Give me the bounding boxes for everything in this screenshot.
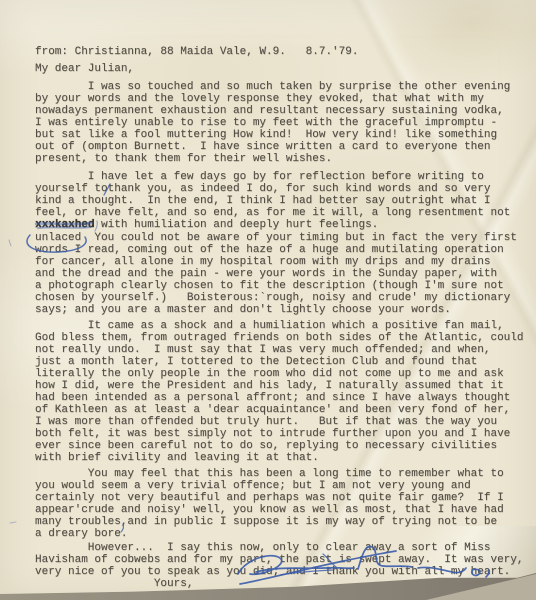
letter-paper: from: Christianna, 88 Maida Vale, W.9. 8…	[0, 0, 536, 600]
paragraph-2: I have let a few days go by for reflecti…	[35, 171, 536, 231]
from-address-line: from: Christianna, 88 Maida Vale, W.9. 8…	[35, 46, 536, 58]
closing-yours: Yours,	[35, 578, 536, 590]
pen-margin-mark	[9, 240, 11, 246]
typed-correction-word: unlaced	[35, 232, 81, 244]
paragraph-1: I was so touched and so much taken by su…	[35, 81, 536, 165]
pen-margin-dash	[10, 522, 16, 523]
paragraph-5: You may feel that this has been a long t…	[35, 468, 536, 540]
typed-over-struck-word: xxxkaxhed	[35, 219, 94, 231]
paragraph-3-text: You could not be aware of your timing bu…	[35, 232, 517, 316]
paragraph-3: unlaced You could not be aware of your t…	[35, 232, 536, 316]
scanned-letter-page: from: Christianna, 88 Maida Vale, W.9. 8…	[0, 0, 536, 600]
salutation: My dear Julian,	[35, 63, 536, 75]
letter-content: from: Christianna, 88 Maida Vale, W.9. 8…	[35, 46, 536, 590]
paragraph-6: However... I say this now, only to clear…	[35, 542, 536, 578]
paper-edge-under-fold	[426, 574, 536, 600]
paragraph-2-text: I have let a few days go by for reflecti…	[35, 171, 510, 219]
paragraph-4: It came as a shock and a humiliation whi…	[35, 320, 536, 464]
paragraph-2-text-after: with humiliation and deeply hurt feeling…	[94, 219, 378, 231]
